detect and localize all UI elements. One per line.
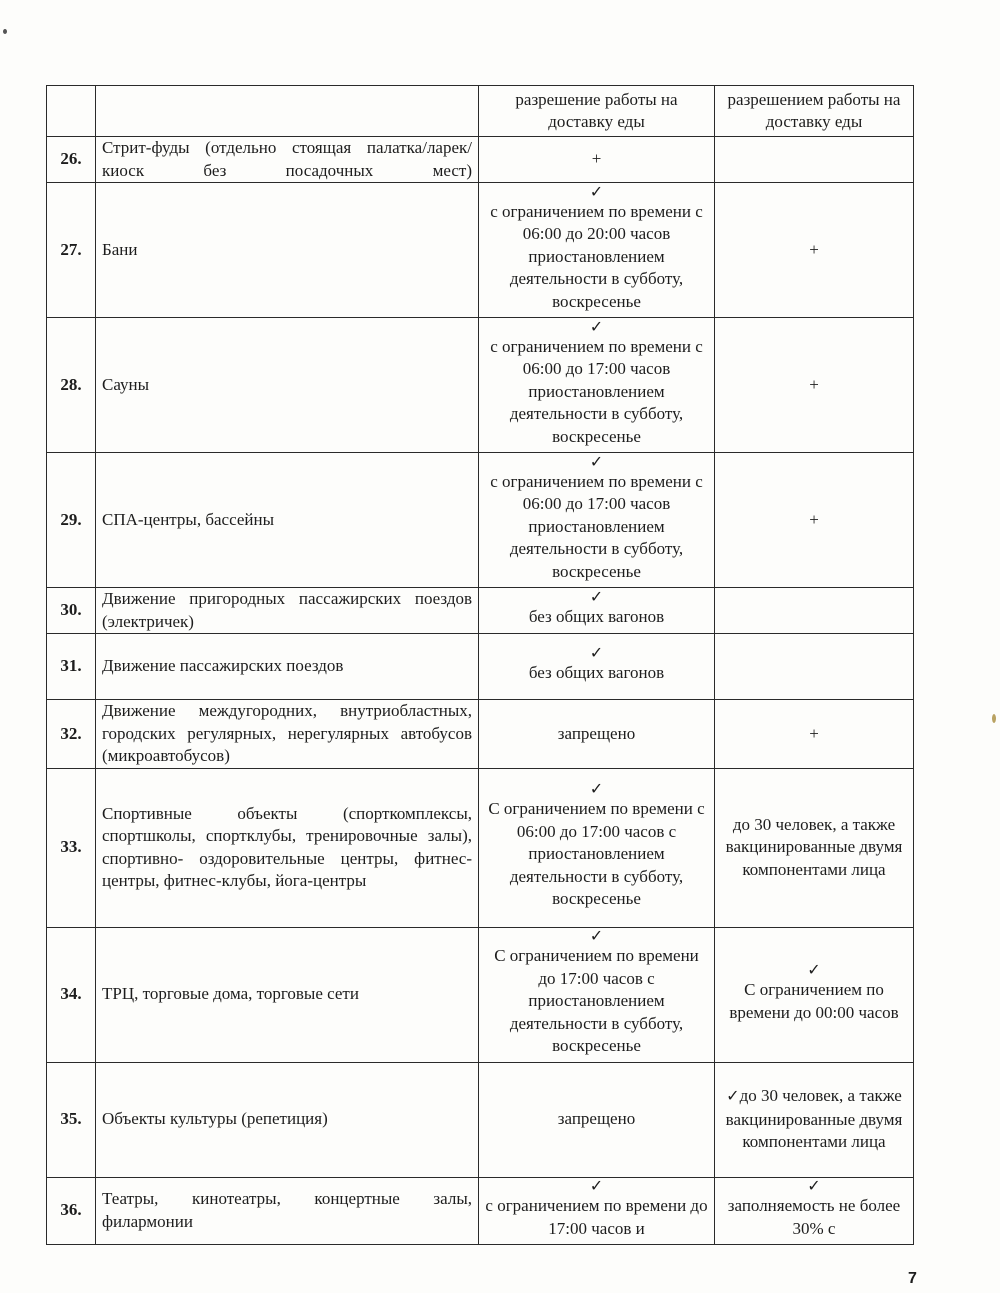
facility-name: Сауны — [96, 318, 479, 453]
delivery-allowed-cell: ✓без общих вагонов — [479, 634, 715, 700]
delivery-allowed-cell: запрещено — [479, 1062, 715, 1177]
header-col1-cell: разрешение работы на доставку еды — [479, 86, 715, 137]
check-icon: ✓ — [726, 1088, 739, 1105]
check-icon: ✓ — [485, 646, 708, 662]
cell-text: запрещено — [558, 1109, 635, 1128]
plus-mark: + — [809, 375, 819, 394]
plus-mark: + — [592, 149, 602, 168]
restrictions-table: разрешение работы на доставку еды разреш… — [46, 85, 914, 1245]
table-row: 35.Объекты культуры (репетиция)запрещено… — [47, 1062, 914, 1177]
delivery-allowed-alt-cell — [715, 588, 914, 634]
row-number: 34. — [47, 927, 96, 1062]
cell-text: с ограничением по времени с 06:00 до 17:… — [490, 472, 703, 581]
table-row: 29.СПА-центры, бассейны✓с ограничением п… — [47, 453, 914, 588]
check-icon: ✓ — [721, 1179, 907, 1195]
check-icon: ✓ — [485, 455, 708, 471]
facility-name: СПА-центры, бассейны — [96, 453, 479, 588]
facility-name: Движение пассажирских поездов — [96, 634, 479, 700]
delivery-allowed-cell: ✓с ограничением по времени с 06:00 до 20… — [479, 183, 715, 318]
table-row: 36.Театры, кинотеатры, концертные залы, … — [47, 1177, 914, 1244]
delivery-allowed-cell: ✓с ограничением по времени с 06:00 до 17… — [479, 453, 715, 588]
delivery-allowed-alt-cell: ✓заполняемость не более 30% с — [715, 1177, 914, 1244]
table-row: 32.Движение междугородних, внутриобластн… — [47, 700, 914, 769]
delivery-allowed-cell: ✓С ограничением по времени с 06:00 до 17… — [479, 768, 715, 927]
delivery-allowed-cell: ✓с ограничением по времени с 06:00 до 17… — [479, 318, 715, 453]
facility-name: ТРЦ, торговые дома, торговые сети — [96, 927, 479, 1062]
facility-name: Спортивные объекты (спорткомплексы, спор… — [96, 768, 479, 927]
facility-name: Движение междугородних, внутриобластных,… — [96, 700, 479, 769]
check-icon: ✓ — [721, 963, 907, 979]
check-icon: ✓ — [485, 590, 708, 606]
cell-text: без общих вагонов — [529, 607, 664, 626]
row-number: 35. — [47, 1062, 96, 1177]
facility-name: Движение пригородных пассажирских поездо… — [96, 588, 479, 634]
delivery-allowed-alt-cell: + — [715, 700, 914, 769]
facility-name: Театры, кинотеатры, концертные залы, фил… — [96, 1177, 479, 1244]
cell-text: С ограничением по времени до 00:00 часов — [729, 980, 898, 1022]
cell-text: С ограничением по времени с 06:00 до 17:… — [488, 799, 704, 908]
table-row: 31.Движение пассажирских поездов✓без общ… — [47, 634, 914, 700]
row-number: 30. — [47, 588, 96, 634]
scan-speck — [992, 714, 996, 723]
delivery-allowed-alt-cell: ✓до 30 человек, а также вакцинированные … — [715, 1062, 914, 1177]
delivery-allowed-alt-cell — [715, 137, 914, 183]
table-row: 28.Сауны✓с ограничением по времени с 06:… — [47, 318, 914, 453]
row-number: 32. — [47, 700, 96, 769]
row-number: 27. — [47, 183, 96, 318]
table-row: 26.Стрит-фуды (отдельно стоящая палатка/… — [47, 137, 914, 183]
check-icon: ✓ — [485, 185, 708, 201]
delivery-allowed-cell: + — [479, 137, 715, 183]
table-row: 33.Спортивные объекты (спорткомплексы, с… — [47, 768, 914, 927]
row-number: 29. — [47, 453, 96, 588]
facility-name: Объекты культуры (репетиция) — [96, 1062, 479, 1177]
table-header-row: разрешение работы на доставку еды разреш… — [47, 86, 914, 137]
plus-mark: + — [809, 724, 819, 743]
cell-text: с ограничением по времени с 06:00 до 20:… — [490, 202, 703, 311]
cell-text: до 30 человек, а также вакцинированные д… — [726, 815, 903, 879]
facility-name: Бани — [96, 183, 479, 318]
header-name-cell — [96, 86, 479, 137]
row-number: 31. — [47, 634, 96, 700]
plus-mark: + — [809, 510, 819, 529]
row-number: 26. — [47, 137, 96, 183]
row-number: 33. — [47, 768, 96, 927]
check-icon: ✓ — [485, 929, 708, 945]
delivery-allowed-alt-cell: + — [715, 318, 914, 453]
page-number: 7 — [908, 1270, 917, 1288]
delivery-allowed-cell: запрещено — [479, 700, 715, 769]
delivery-allowed-alt-cell: ✓С ограничением по времени до 00:00 часо… — [715, 927, 914, 1062]
cell-text: запрещено — [558, 724, 635, 743]
check-icon: ✓ — [485, 1179, 708, 1195]
row-number: 36. — [47, 1177, 96, 1244]
cell-text: до 30 человек, а также вакцинированные д… — [726, 1086, 903, 1151]
cell-text: С ограничением по времени до 17:00 часов… — [494, 946, 699, 1055]
table-row: 34.ТРЦ, торговые дома, торговые сети✓С о… — [47, 927, 914, 1062]
delivery-allowed-cell: ✓с ограничением по времени до 17:00 часо… — [479, 1177, 715, 1244]
facility-name: Стрит-фуды (отдельно стоящая палатка/лар… — [96, 137, 479, 183]
delivery-allowed-alt-cell — [715, 634, 914, 700]
header-col2-cell: разрешением работы на доставку еды — [715, 86, 914, 137]
row-number: 28. — [47, 318, 96, 453]
table-row: 30.Движение пригородных пассажирских пое… — [47, 588, 914, 634]
delivery-allowed-alt-cell: + — [715, 183, 914, 318]
check-icon: ✓ — [485, 782, 708, 798]
cell-text: с ограничением по времени до 17:00 часов… — [485, 1196, 707, 1238]
delivery-allowed-cell: ✓без общих вагонов — [479, 588, 715, 634]
header-num-cell — [47, 86, 96, 137]
delivery-allowed-cell: ✓С ограничением по времени до 17:00 часо… — [479, 927, 715, 1062]
check-icon: ✓ — [485, 320, 708, 336]
delivery-allowed-alt-cell: + — [715, 453, 914, 588]
scan-speck — [3, 29, 7, 34]
cell-text: с ограничением по времени с 06:00 до 17:… — [490, 337, 703, 446]
cell-text: без общих вагонов — [529, 663, 664, 682]
cell-text: заполняемость не более 30% с — [728, 1196, 900, 1238]
plus-mark: + — [809, 240, 819, 259]
delivery-allowed-alt-cell: до 30 человек, а также вакцинированные д… — [715, 768, 914, 927]
table-row: 27.Бани✓с ограничением по времени с 06:0… — [47, 183, 914, 318]
